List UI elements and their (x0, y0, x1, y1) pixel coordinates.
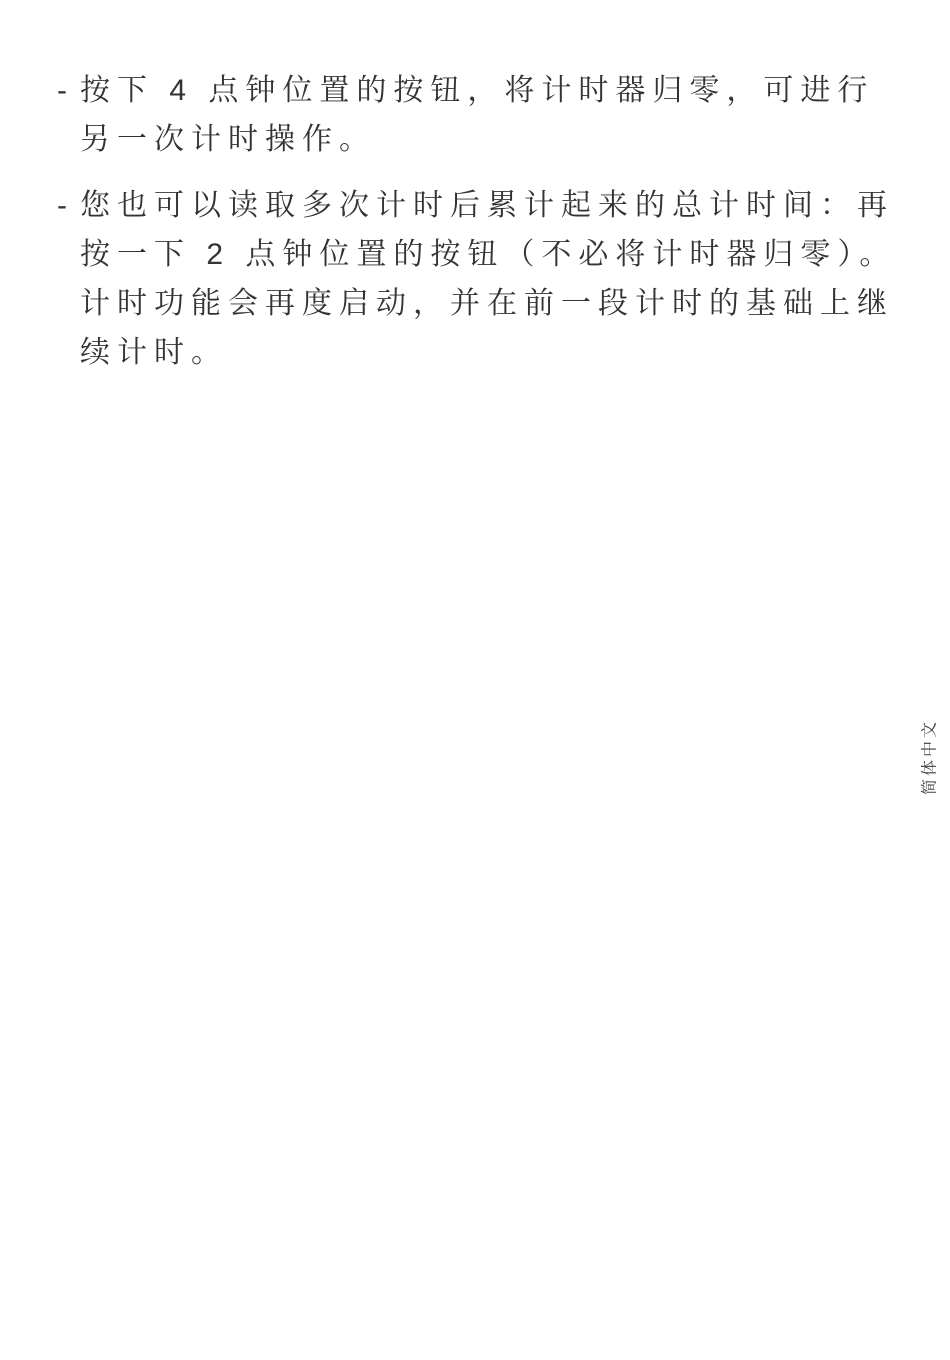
manual-page: - 按下 4 点钟位置的按钮，将计时器归零，可进行另一次计时操作。 - 您也可以… (0, 0, 950, 1360)
list-item: - 您也可以读取多次计时后累计起来的总计时间：再按一下 2 点钟位置的按钮（不必… (57, 181, 902, 377)
page: { "page": { "background_color": "#ffffff… (0, 0, 950, 1360)
language-section-label: 简体中文 (917, 719, 940, 795)
list-item: - 按下 4 点钟位置的按钮，将计时器归零，可进行另一次计时操作。 (57, 66, 902, 164)
bullet-dash-marker: - (57, 66, 80, 115)
bullet-text: 按下 4 点钟位置的按钮，将计时器归零，可进行另一次计时操作。 (80, 66, 902, 164)
bullet-dash-marker: - (57, 181, 80, 230)
instruction-bullet-list: - 按下 4 点钟位置的按钮，将计时器归零，可进行另一次计时操作。 - 您也可以… (57, 66, 902, 394)
bullet-text: 您也可以读取多次计时后累计起来的总计时间：再按一下 2 点钟位置的按钮（不必将计… (80, 181, 902, 377)
